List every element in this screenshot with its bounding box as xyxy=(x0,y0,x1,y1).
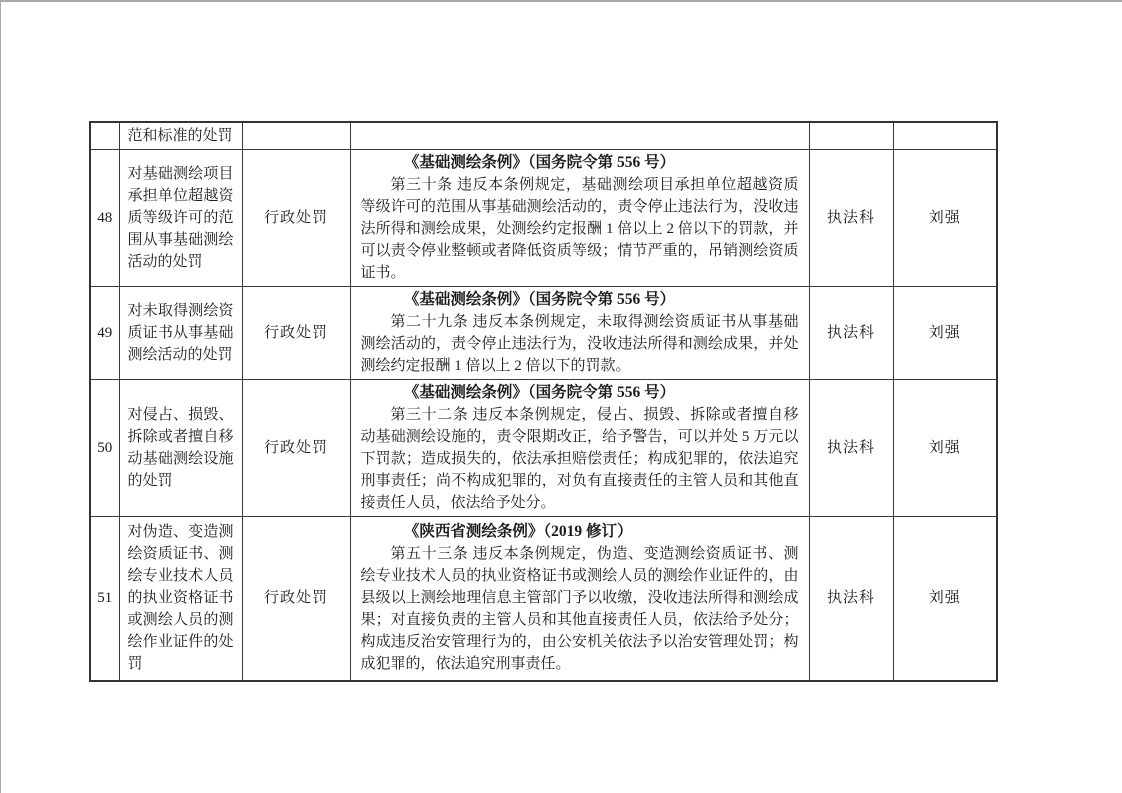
seq-cell xyxy=(90,122,119,150)
basis-cell: 《基础测绘条例》（国务院令第 556 号） 第三十二条 违反本条例规定，侵占、损… xyxy=(350,380,809,517)
table-row: 51 对伪造、变造测绘资质证书、测绘专业技术人员的执业资格证书或测绘人员的测绘作… xyxy=(90,517,997,681)
penalty-table-container: 范和标准的处罚 48 对基础测绘项目承担单位超越资质等级许可的范围从事基础测绘活… xyxy=(89,121,998,682)
type-cell: 行政处罚 xyxy=(242,517,350,681)
basis-title: 《基础测绘条例》（国务院令第 556 号） xyxy=(361,382,799,404)
item-cell: 对未取得测绘资质证书从事基础测绘活动的处罚 xyxy=(119,287,242,380)
seq-cell: 48 xyxy=(90,150,119,287)
person-cell: 刘强 xyxy=(893,150,997,287)
dept-cell: 执法科 xyxy=(809,380,893,517)
basis-title: 《陕西省测绘条例》（2019 修订） xyxy=(361,521,799,543)
seq-cell: 49 xyxy=(90,287,119,380)
dept-cell: 执法科 xyxy=(809,287,893,380)
dept-cell: 执法科 xyxy=(809,150,893,287)
person-cell: 刘强 xyxy=(893,287,997,380)
penalty-table: 范和标准的处罚 48 对基础测绘项目承担单位超越资质等级许可的范围从事基础测绘活… xyxy=(89,121,998,682)
basis-body: 第二十九条 违反本条例规定，未取得测绘资质证书从事基础测绘活动的，责令停止违法行… xyxy=(361,311,799,377)
seq-cell: 51 xyxy=(90,517,119,681)
basis-title: 《基础测绘条例》（国务院令第 556 号） xyxy=(361,289,799,311)
basis-body: 第五十三条 违反本条例规定，伪造、变造测绘资质证书、测绘专业技术人员的执业资格证… xyxy=(361,543,799,675)
table-row: 范和标准的处罚 xyxy=(90,122,997,150)
table-row: 48 对基础测绘项目承担单位超越资质等级许可的范围从事基础测绘活动的处罚 行政处… xyxy=(90,150,997,287)
basis-cell: 《基础测绘条例》（国务院令第 556 号） 第三十条 违反本条例规定，基础测绘项… xyxy=(350,150,809,287)
seq-cell: 50 xyxy=(90,380,119,517)
person-cell: 刘强 xyxy=(893,380,997,517)
item-cell: 对侵占、损毁、拆除或者擅自移动基础测绘设施的处罚 xyxy=(119,380,242,517)
dept-cell xyxy=(809,122,893,150)
basis-cell xyxy=(350,122,809,150)
basis-body: 第三十二条 违反本条例规定，侵占、损毁、拆除或者擅自移动基础测绘设施的，责令限期… xyxy=(361,404,799,514)
type-cell: 行政处罚 xyxy=(242,287,350,380)
item-cell: 范和标准的处罚 xyxy=(119,122,242,150)
item-cell: 对伪造、变造测绘资质证书、测绘专业技术人员的执业资格证书或测绘人员的测绘作业证件… xyxy=(119,517,242,681)
table-row: 49 对未取得测绘资质证书从事基础测绘活动的处罚 行政处罚 《基础测绘条例》（国… xyxy=(90,287,997,380)
basis-title: 《基础测绘条例》（国务院令第 556 号） xyxy=(361,152,799,174)
dept-cell: 执法科 xyxy=(809,517,893,681)
person-cell: 刘强 xyxy=(893,517,997,681)
basis-body: 第三十条 违反本条例规定，基础测绘项目承担单位超越资质等级许可的范围从事基础测绘… xyxy=(361,174,799,284)
type-cell: 行政处罚 xyxy=(242,380,350,517)
basis-cell: 《陕西省测绘条例》（2019 修订） 第五十三条 违反本条例规定，伪造、变造测绘… xyxy=(350,517,809,681)
person-cell xyxy=(893,122,997,150)
type-cell xyxy=(242,122,350,150)
type-cell: 行政处罚 xyxy=(242,150,350,287)
basis-cell: 《基础测绘条例》（国务院令第 556 号） 第二十九条 违反本条例规定，未取得测… xyxy=(350,287,809,380)
item-cell: 对基础测绘项目承担单位超越资质等级许可的范围从事基础测绘活动的处罚 xyxy=(119,150,242,287)
document-page: { "table": { "rows": [ { "seq": "", "ite… xyxy=(0,0,1122,793)
table-row: 50 对侵占、损毁、拆除或者擅自移动基础测绘设施的处罚 行政处罚 《基础测绘条例… xyxy=(90,380,997,517)
